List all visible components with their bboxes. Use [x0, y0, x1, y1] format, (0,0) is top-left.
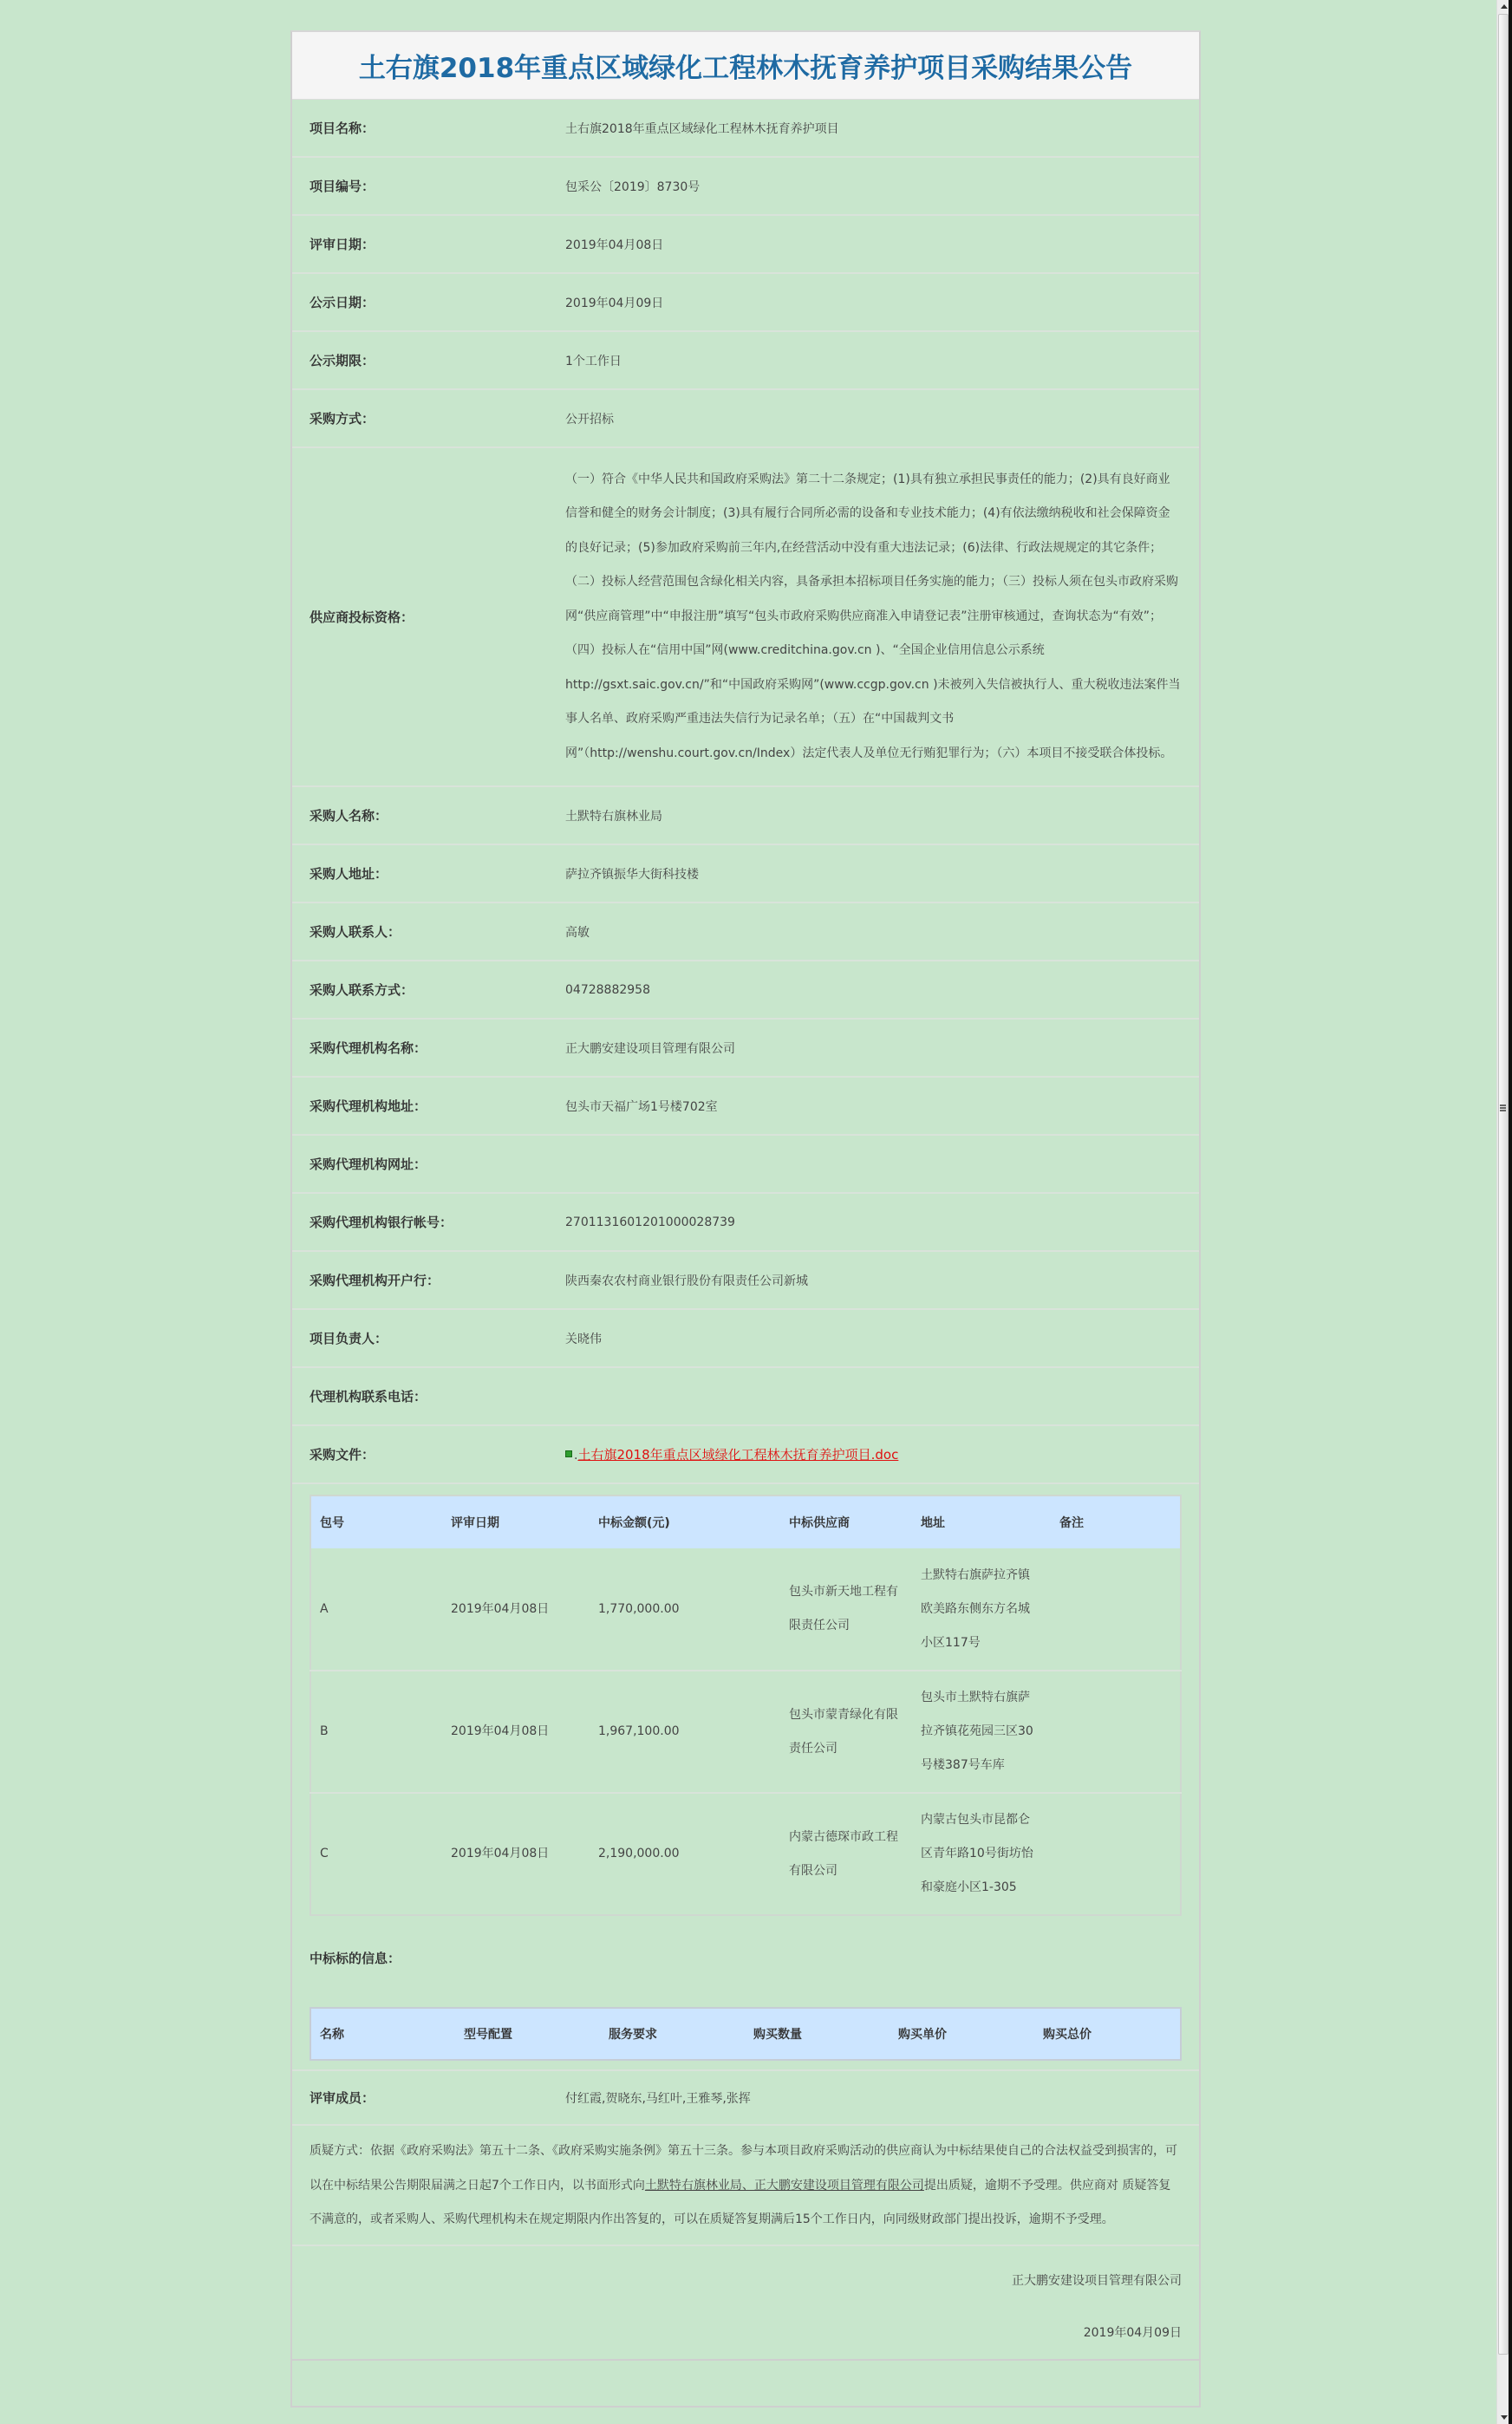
field-row: 采购人联系人：高敏 [292, 903, 1199, 961]
amount-cell: 1,967,100.00 [590, 1671, 780, 1793]
field-value: 包采公〔2019〕8730号 [565, 178, 1182, 195]
document-value: .土右旗2018年重点区域绿化工程林木抚育养护项目.doc [565, 1445, 1182, 1463]
vertical-scrollbar[interactable] [1496, 0, 1512, 2424]
table-row: B 2019年04月08日 1,967,100.00 包头市蒙青绿化有限责任公司… [310, 1671, 1181, 1793]
field-label: 评审日期： [310, 235, 565, 253]
column-header: 中标金额(元) [590, 1495, 780, 1548]
field-label: 项目名称： [310, 119, 565, 137]
field-label: 采购代理机构开户行： [310, 1271, 565, 1289]
column-header: 包号 [310, 1495, 442, 1548]
field-label: 采购人联系方式： [310, 981, 565, 999]
date-cell: 2019年04月08日 [442, 1671, 590, 1793]
qualification-row: 供应商投标资格： （一）符合《中华人民共和国政府采购法》第二十二条规定；(1)具… [292, 448, 1199, 787]
field-row: 采购代理机构名称：正大鹏安建设项目管理有限公司 [292, 1020, 1199, 1078]
signature-org: 正大鹏安建设项目管理有限公司 [310, 2255, 1182, 2307]
scroll-grip-icon [1500, 1104, 1506, 1111]
column-header: 评审日期 [442, 1495, 590, 1548]
field-label: 项目负责人： [310, 1329, 565, 1347]
supplier-cell: 内蒙古德琛市政工程有限公司 [780, 1793, 912, 1915]
column-header: 购买数量 [745, 2008, 890, 2060]
field-value: 04728882958 [565, 983, 1182, 997]
supplier-cell: 包头市蒙青绿化有限责任公司 [780, 1671, 912, 1793]
field-row: 评审日期：2019年04月08日 [292, 216, 1199, 274]
table-header-row: 包号 评审日期 中标金额(元) 中标供应商 地址 备注 [310, 1495, 1181, 1548]
field-value: 土默特右旗林业局 [565, 807, 1182, 824]
result-table: 包号 评审日期 中标金额(元) 中标供应商 地址 备注 A 2019年04月08… [310, 1495, 1182, 1916]
field-value: 萨拉齐镇振华大街科技楼 [565, 865, 1182, 883]
document-download-link[interactable]: 土右旗2018年重点区域绿化工程林木抚育养护项目.doc [577, 1447, 898, 1463]
field-row: 采购人名称：土默特右旗林业局 [292, 787, 1199, 845]
field-value: 公开招标 [565, 410, 1182, 427]
column-header: 购买总价 [1034, 2008, 1181, 2060]
field-row: 采购人联系方式：04728882958 [292, 961, 1199, 1020]
address-cell: 包头市土默特右旗萨拉齐镇花苑园三区30号楼387号车库 [912, 1671, 1051, 1793]
scrollbar-thumb[interactable] [1498, 14, 1509, 2355]
field-row: 采购代理机构地址：包头市天福广场1号楼702室 [292, 1078, 1199, 1136]
package-cell: C [310, 1793, 442, 1915]
field-value: 2019年04月08日 [565, 236, 1182, 253]
notice-parties: 土默特右旗林业局、正大鹏安建设项目管理有限公司 [645, 2179, 924, 2193]
table-row: C 2019年04月08日 2,190,000.00 内蒙古德琛市政工程有限公司… [310, 1793, 1181, 1915]
field-value: 高敏 [565, 923, 1182, 941]
divider [292, 2061, 1199, 2071]
signature-block: 正大鹏安建设项目管理有限公司 2019年04月09日 [292, 2246, 1199, 2361]
address-cell: 土默特右旗萨拉齐镇欧美路东侧东方名城小区117号 [912, 1548, 1051, 1671]
field-value: 包头市天福广场1号楼702室 [565, 1098, 1182, 1115]
field-row: 采购代理机构银行帐号：27011316012010000​28739 [292, 1194, 1199, 1252]
winning-items-table: 名称 型号配置 服务要求 购买数量 购买单价 购买总价 [310, 2007, 1182, 2061]
field-row: 公示期限：1个工作日 [292, 332, 1199, 390]
window-edge [1509, 0, 1512, 2424]
announcement-container: 土右旗2018年重点区域绿化工程林木抚育养护项目采购结果公告 项目名称：土右旗2… [290, 30, 1201, 2408]
amount-cell: 2,190,000.00 [590, 1793, 780, 1915]
items-table-wrap: 名称 型号配置 服务要求 购买数量 购买单价 购买总价 [292, 2007, 1199, 2061]
field-value: 陕西秦农农村商业银行股份有限责任公司新城 [565, 1272, 1182, 1289]
signature-date: 2019年04月09日 [310, 2307, 1182, 2359]
field-label: 采购方式： [310, 409, 565, 427]
field-row: 采购代理机构网址： [292, 1136, 1199, 1194]
document-row: 采购文件： .土右旗2018年重点区域绿化工程林木抚育养护项目.doc [292, 1426, 1199, 1484]
package-cell: B [310, 1671, 442, 1793]
note-cell [1051, 1671, 1181, 1793]
qualification-label: 供应商投标资格： [310, 608, 565, 626]
date-cell: 2019年04月08日 [442, 1793, 590, 1915]
field-label: 公示期限： [310, 351, 565, 369]
column-header: 地址 [912, 1495, 1051, 1548]
field-label: 采购人联系人： [310, 922, 565, 941]
field-row: 项目编号：包采公〔2019〕8730号 [292, 158, 1199, 216]
field-label: 公示日期： [310, 293, 565, 311]
column-header: 备注 [1051, 1495, 1181, 1548]
field-row: 代理机构联系电话： [292, 1368, 1199, 1426]
field-row: 采购人地址：萨拉齐镇振华大街科技楼 [292, 845, 1199, 903]
result-table-wrap: 包号 评审日期 中标金额(元) 中标供应商 地址 备注 A 2019年04月08… [292, 1484, 1199, 1916]
column-header: 服务要求 [600, 2008, 745, 2060]
column-header: 名称 [310, 2008, 455, 2060]
field-row: 采购代理机构开户行：陕西秦农农村商业银行股份有限责任公司新城 [292, 1252, 1199, 1310]
scroll-up-arrow-icon[interactable] [1501, 4, 1508, 9]
challenge-notice: 质疑方式：依据《政府采购法》第五十二条、《政府采购实施条例》第五十三条。参与本项… [292, 2126, 1199, 2246]
field-label: 采购人名称： [310, 806, 565, 824]
field-label: 采购人地址： [310, 864, 565, 883]
page-title: 土右旗2018年重点区域绿化工程林木抚育养护项目采购结果公告 [359, 46, 1132, 85]
date-cell: 2019年04月08日 [442, 1548, 590, 1671]
field-row: 公示日期：2019年04月09日 [292, 274, 1199, 332]
document-label: 采购文件： [310, 1445, 565, 1463]
field-label: 采购代理机构网址： [310, 1155, 565, 1173]
field-label: 采购代理机构名称： [310, 1039, 565, 1057]
field-value: 土右旗2018年重点区域绿化工程林木抚育养护项目 [565, 120, 1182, 137]
field-row: 项目负责人：关晓伟 [292, 1310, 1199, 1368]
qualification-text: （一）符合《中华人民共和国政府采购法》第二十二条规定；(1)具有独立承担民事责任… [565, 463, 1182, 772]
column-header: 型号配置 [455, 2008, 600, 2060]
field-label: 采购代理机构地址： [310, 1097, 565, 1115]
field-value: 正大鹏安建设项目管理有限公司 [565, 1039, 1182, 1057]
field-label: 采购代理机构银行帐号： [310, 1213, 565, 1231]
field-label: 代理机构联系电话： [310, 1387, 565, 1405]
field-label: 项目编号： [310, 177, 565, 195]
amount-cell: 1,770,000.00 [590, 1548, 780, 1671]
reviewers-row: 评审成员： 付红霞,贺晓东,马红叶,王雅琴,张挥 [292, 2071, 1199, 2126]
field-row: 采购方式：公开招标 [292, 390, 1199, 448]
winning-info-heading: 中标标的信息： [292, 1916, 1199, 2007]
scroll-down-arrow-icon[interactable] [1501, 2415, 1508, 2420]
field-value: 1个工作日 [565, 352, 1182, 369]
reviewers-label: 评审成员： [310, 2088, 565, 2107]
note-cell [1051, 1793, 1181, 1915]
field-value: 关晓伟 [565, 1330, 1182, 1347]
attachment-icon [565, 1450, 572, 1457]
title-box: 土右旗2018年重点区域绿化工程林木抚育养护项目采购结果公告 [292, 32, 1199, 100]
field-row: 项目名称：土右旗2018年重点区域绿化工程林木抚育养护项目 [292, 100, 1199, 158]
note-cell [1051, 1548, 1181, 1671]
address-cell: 内蒙古包头市昆都仑区青年路10号街坊怡和豪庭小区1-305 [912, 1793, 1051, 1915]
package-cell: A [310, 1548, 442, 1671]
column-header: 购买单价 [890, 2008, 1034, 2060]
reviewers-value: 付红霞,贺晓东,马红叶,王雅琴,张挥 [565, 2089, 1182, 2107]
table-header-row: 名称 型号配置 服务要求 购买数量 购买单价 购买总价 [310, 2008, 1181, 2060]
supplier-cell: 包头市新天地工程有限责任公司 [780, 1548, 912, 1671]
column-header: 中标供应商 [780, 1495, 912, 1548]
field-value: 2019年04月09日 [565, 294, 1182, 311]
field-value: 27011316012010000​28739 [565, 1215, 1182, 1229]
table-row: A 2019年04月08日 1,770,000.00 包头市新天地工程有限责任公… [310, 1548, 1181, 1671]
